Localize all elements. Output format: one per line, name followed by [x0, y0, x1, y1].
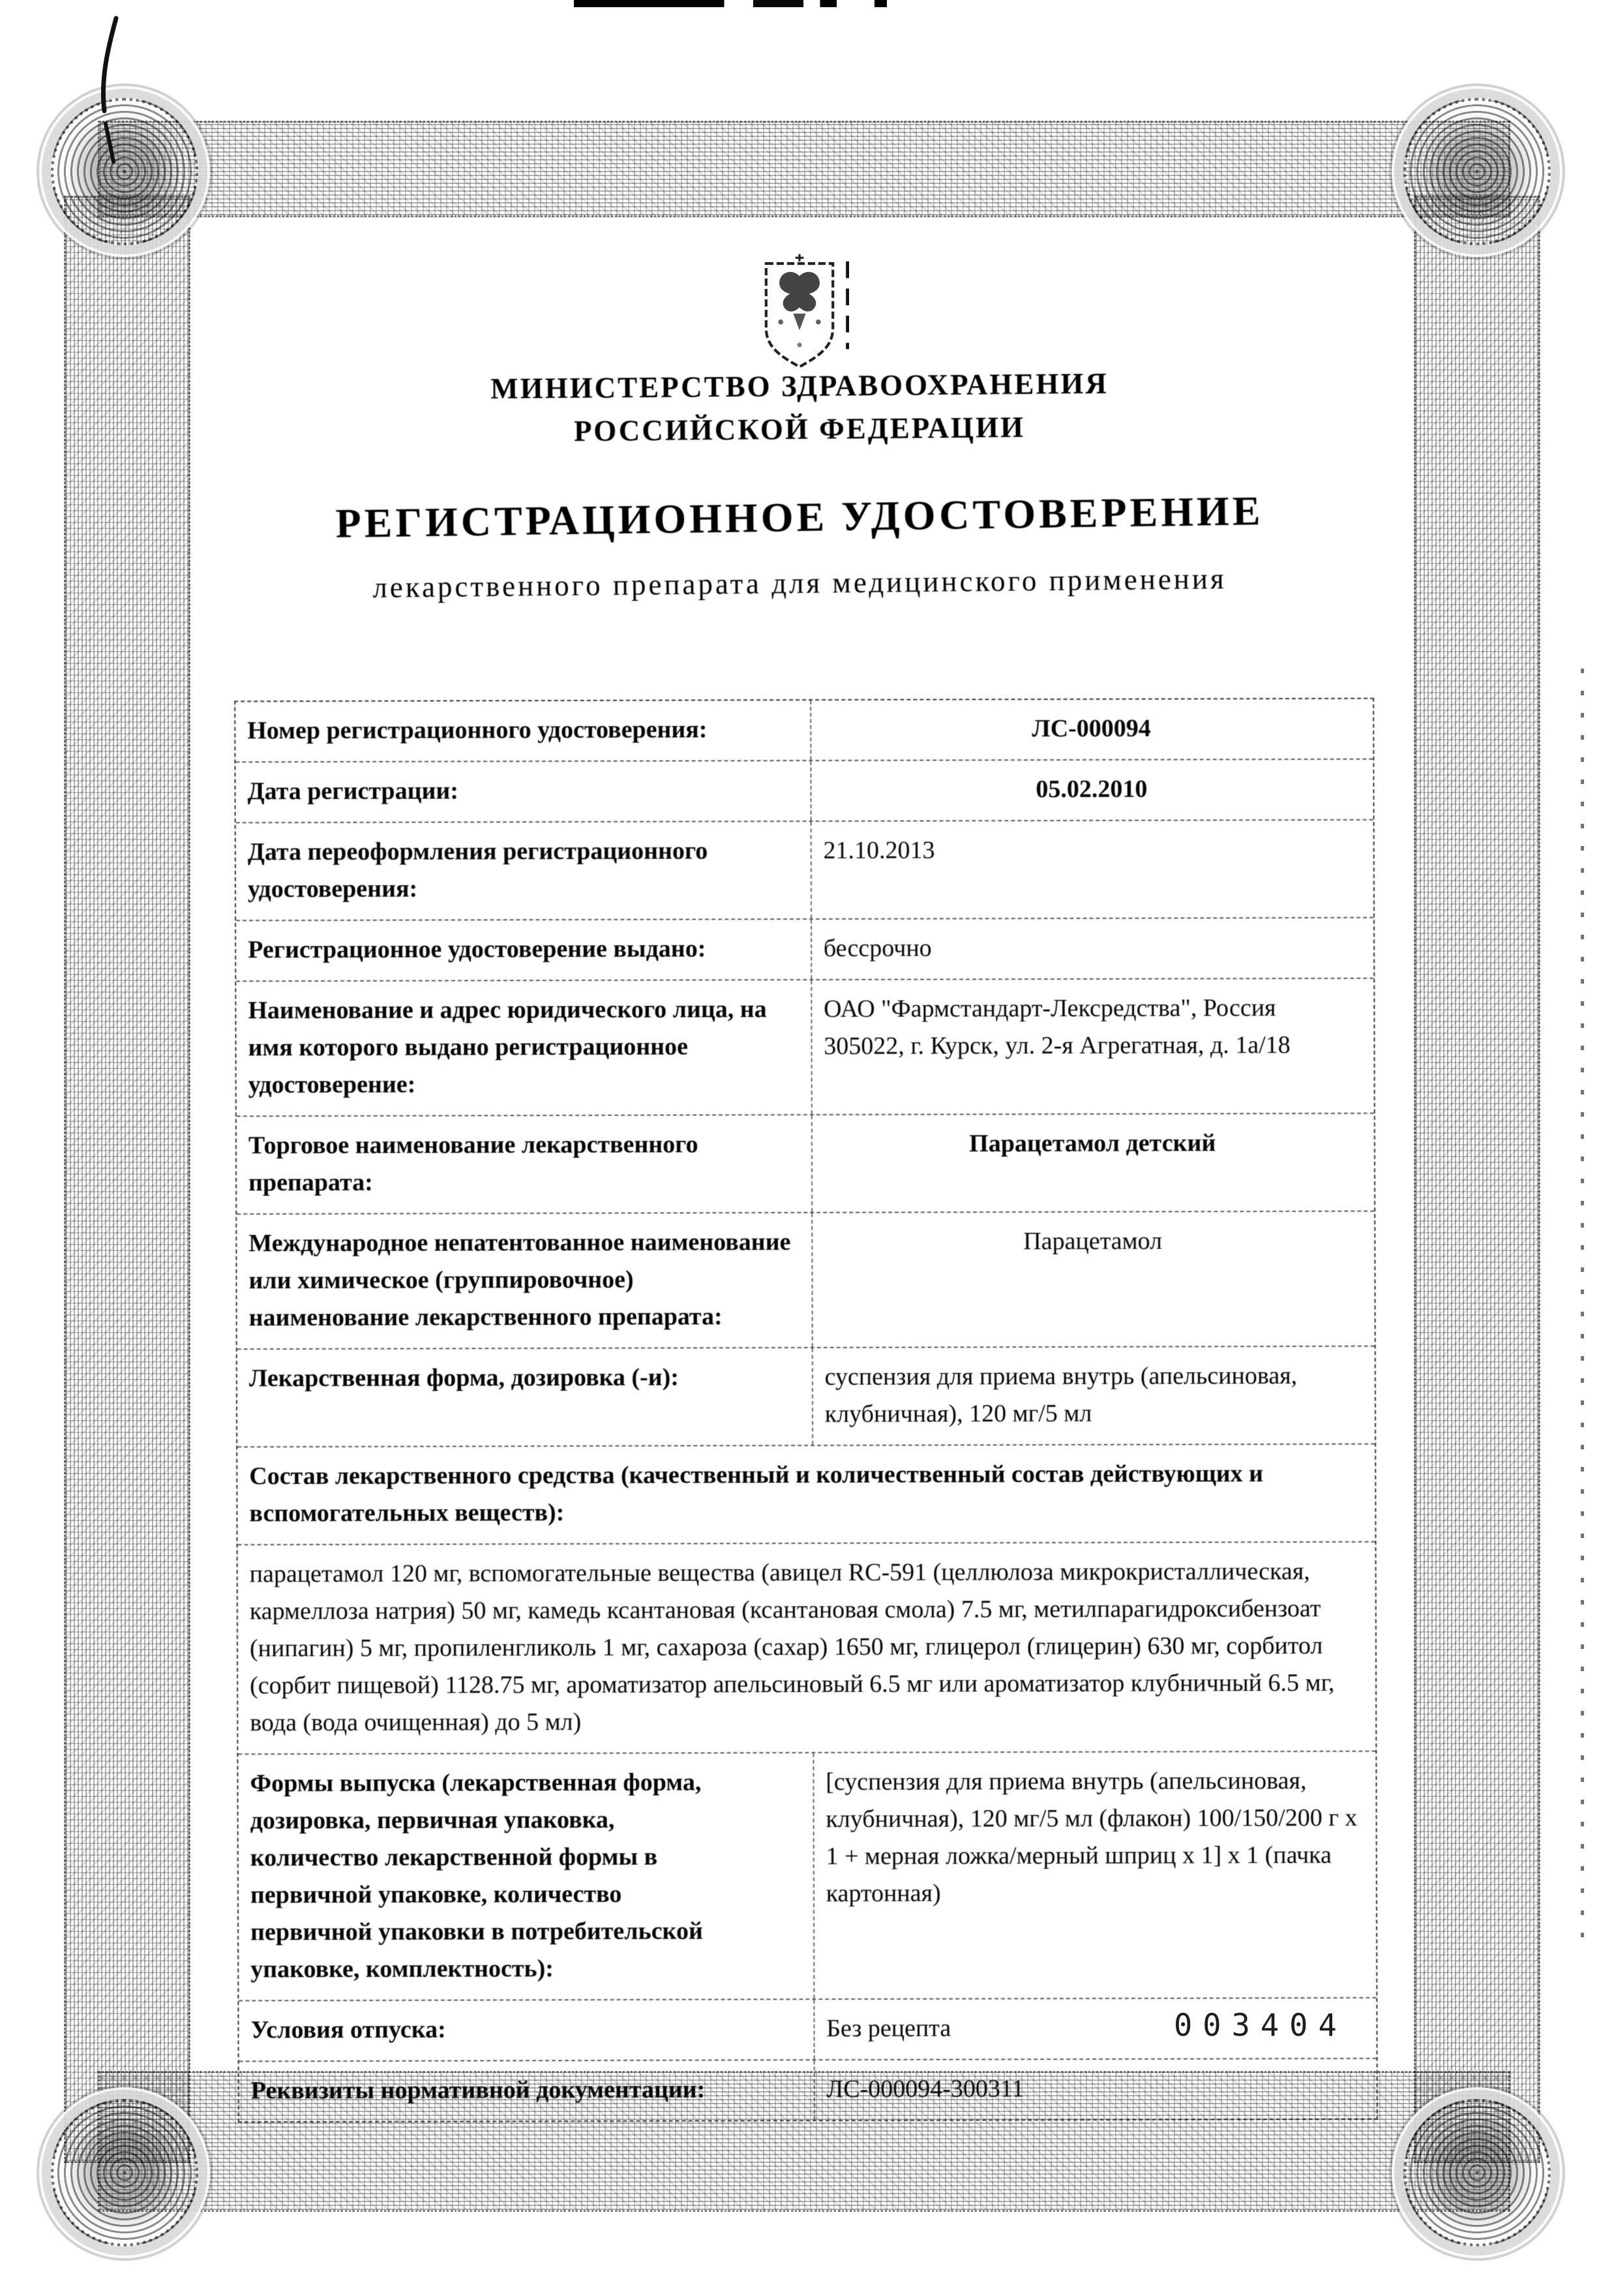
- row-value: бессрочно: [811, 918, 1374, 979]
- table-row-composition-header: Состав лекарственного средства (качестве…: [237, 1443, 1375, 1545]
- ministry-name-line2: РОССИЙСКОЙ ФЕДЕРАЦИИ: [0, 405, 1599, 453]
- ornate-border-left: [64, 196, 190, 2163]
- ministry-name-line1: МИНИСТЕРСТВО ЗДРАВООХРАНЕНИЯ: [0, 362, 1599, 410]
- row-value: ОАО "Фармстандарт-Лексредства", Россия 3…: [811, 979, 1374, 1114]
- document-title: РЕГИСТРАЦИОННОЕ УДОСТОВЕРЕНИЕ: [0, 482, 1599, 552]
- row-label: Формы выпуска (лекарственная форма, дози…: [238, 1753, 813, 2000]
- row-label: Дата переоформления регистрационного удо…: [236, 822, 811, 920]
- row-label: Торговое наименование лекарственного пре…: [237, 1115, 811, 1213]
- table-row-registration-date: Дата регистрации: 05.02.2010: [235, 759, 1373, 823]
- serial-number: 003404: [1174, 2008, 1347, 2044]
- row-label: Дата регистрации:: [235, 761, 810, 822]
- pen-mark: [78, 7, 157, 183]
- table-row-reissue-date: Дата переоформления регистрационного удо…: [236, 819, 1373, 920]
- corner-medallion-bottom-left: [51, 2099, 198, 2246]
- row-value: парацетамол 120 мг, вспомогательные веще…: [238, 1543, 1376, 1754]
- row-label: Наименование и адрес юридического лица, …: [236, 980, 811, 1115]
- row-value: Парацетамол детский: [811, 1114, 1375, 1212]
- row-label: Лекарственная форма, дозировка (-и):: [237, 1348, 812, 1446]
- row-value: ЛС-000094: [810, 699, 1373, 760]
- row-value: ЛС-000094-300311: [813, 2059, 1377, 2120]
- table-row-release-forms: Формы выпуска (лекарственная форма, дози…: [238, 1751, 1376, 2001]
- table-row-dosage-form: Лекарственная форма, дозировка (-и): сус…: [237, 1346, 1375, 1447]
- table-row-certificate-number: Номер регистрационного удостоверения: ЛС…: [235, 699, 1373, 762]
- scan-artifact-strip: [574, 0, 991, 7]
- row-label: Реквизиты нормативной документации:: [239, 2061, 814, 2121]
- table-row-composition-text: парацетамол 120 мг, вспомогательные веще…: [238, 1541, 1376, 1754]
- corner-medallion-bottom-right: [1403, 2099, 1551, 2246]
- row-label: Условия отпуска:: [239, 2000, 813, 2061]
- registration-table: Номер регистрационного удостоверения: ЛС…: [234, 698, 1378, 2123]
- table-row-normative-docs: Реквизиты нормативной документации: ЛС-0…: [239, 2058, 1377, 2122]
- ornate-border-top: [98, 121, 1510, 217]
- table-row-trade-name: Торговое наименование лекарственного пре…: [237, 1113, 1374, 1214]
- row-value: 05.02.2010: [810, 760, 1373, 821]
- table-row-legal-entity: Наименование и адрес юридического лица, …: [236, 978, 1374, 1116]
- corner-medallion-top-right: [1403, 98, 1551, 245]
- row-label: Международное непатентованное наименован…: [237, 1213, 811, 1348]
- row-value: [суспензия для приема внутрь (апельсинов…: [813, 1752, 1376, 1999]
- row-value: 21.10.2013: [810, 821, 1373, 918]
- row-label: Номер регистрационного удостоверения:: [235, 701, 810, 761]
- row-label: Регистрационное удостоверение выдано:: [236, 920, 811, 980]
- document-subtitle: лекарственного препарата для медицинског…: [0, 558, 1599, 609]
- table-row-issued: Регистрационное удостоверение выдано: бе…: [236, 917, 1373, 981]
- scan-artifact-ticks: [1581, 665, 1584, 1937]
- coat-of-arms-icon: [747, 253, 852, 384]
- row-value: суспензия для приема внутрь (апельсинова…: [811, 1347, 1375, 1445]
- row-value: Парацетамол: [811, 1212, 1375, 1347]
- table-row-inn-name: Международное непатентованное наименован…: [237, 1211, 1375, 1349]
- row-label: Состав лекарственного средства (качестве…: [237, 1445, 1375, 1545]
